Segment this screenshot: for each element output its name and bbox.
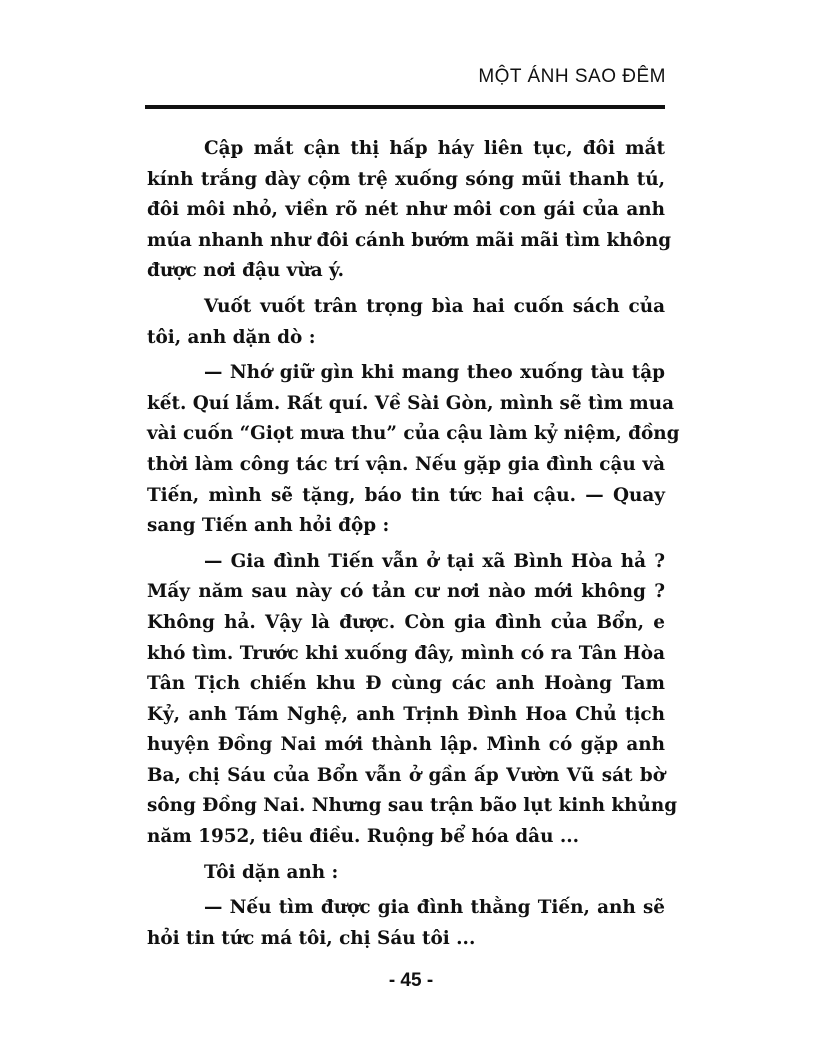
- text-line: — Gia đình Tiến vẫn ở tại xã Bình Hòa hả…: [147, 547, 665, 578]
- text-line: Tân Tịch chiến khu Đ cùng các anh Hoàng …: [147, 669, 665, 700]
- text-line: Tiến, mình sẽ tặng, báo tin tức hai cậu.…: [147, 481, 665, 512]
- text-line: sang Tiến anh hỏi độp :: [147, 511, 665, 542]
- text-line: được nơi đậu vừa ý.: [147, 256, 665, 287]
- text-line: hỏi tin tức má tôi, chị Sáu tôi ...: [147, 924, 665, 955]
- paragraph: Vuốt vuốt trân trọng bìa hai cuốn sách c…: [147, 292, 665, 353]
- text-line: Không hả. Vậy là được. Còn gia đình của …: [147, 608, 665, 639]
- page-number: - 45 -: [0, 970, 816, 992]
- running-header-title: MỘT ÁNH SAO ĐÊM: [478, 66, 666, 88]
- text-line: Kỷ, anh Tám Nghệ, anh Trịnh Đình Hoa Chủ…: [147, 700, 665, 731]
- text-line: tôi, anh dặn dò :: [147, 323, 665, 354]
- text-line: đôi môi nhỏ, viền rõ nét như môi con gái…: [147, 195, 665, 226]
- paragraph: Cập mắt cận thị hấp háy liên tục, đôi mắ…: [147, 134, 665, 287]
- paragraph: — Nhớ giữ gìn khi mang theo xuống tàu tậ…: [147, 358, 665, 542]
- text-line: Vuốt vuốt trân trọng bìa hai cuốn sách c…: [147, 292, 665, 323]
- paragraph: — Gia đình Tiến vẫn ở tại xã Bình Hòa hả…: [147, 547, 665, 853]
- body-text: Cập mắt cận thị hấp háy liên tục, đôi mắ…: [147, 134, 665, 954]
- header-rule-divider: [145, 105, 665, 109]
- text-line: thời làm công tác trí vận. Nếu gặp gia đ…: [147, 450, 665, 481]
- text-line: kết. Quí lắm. Rất quí. Về Sài Gòn, mình …: [147, 389, 665, 420]
- text-line: kính trắng dày cộm trệ xuống sóng mũi th…: [147, 165, 665, 196]
- text-line: Tôi dặn anh :: [147, 858, 665, 889]
- text-line: vài cuốn “Giọt mưa thu” của cậu làm kỷ n…: [147, 419, 665, 450]
- text-line: huyện Đồng Nai mới thành lập. Mình có gặ…: [147, 730, 665, 761]
- text-line: Mấy năm sau này có tản cư nơi nào mới kh…: [147, 577, 665, 608]
- text-line: Ba, chị Sáu của Bổn vẫn ở gần ấp Vườn Vũ…: [147, 761, 665, 792]
- paragraph: Tôi dặn anh :: [147, 858, 665, 889]
- text-line: Cập mắt cận thị hấp háy liên tục, đôi mắ…: [147, 134, 665, 165]
- text-line: — Nếu tìm được gia đình thằng Tiến, anh …: [147, 893, 665, 924]
- text-line: sông Đồng Nai. Nhưng sau trận bão lụt ki…: [147, 791, 665, 822]
- text-line: khó tìm. Trước khi xuống đây, mình có ra…: [147, 639, 665, 670]
- text-line: múa nhanh như đôi cánh bướm mãi mãi tìm …: [147, 226, 665, 257]
- text-line: năm 1952, tiêu điều. Ruộng bể hóa dâu ..…: [147, 822, 665, 853]
- paragraph: — Nếu tìm được gia đình thằng Tiến, anh …: [147, 893, 665, 954]
- text-line: — Nhớ giữ gìn khi mang theo xuống tàu tậ…: [147, 358, 665, 389]
